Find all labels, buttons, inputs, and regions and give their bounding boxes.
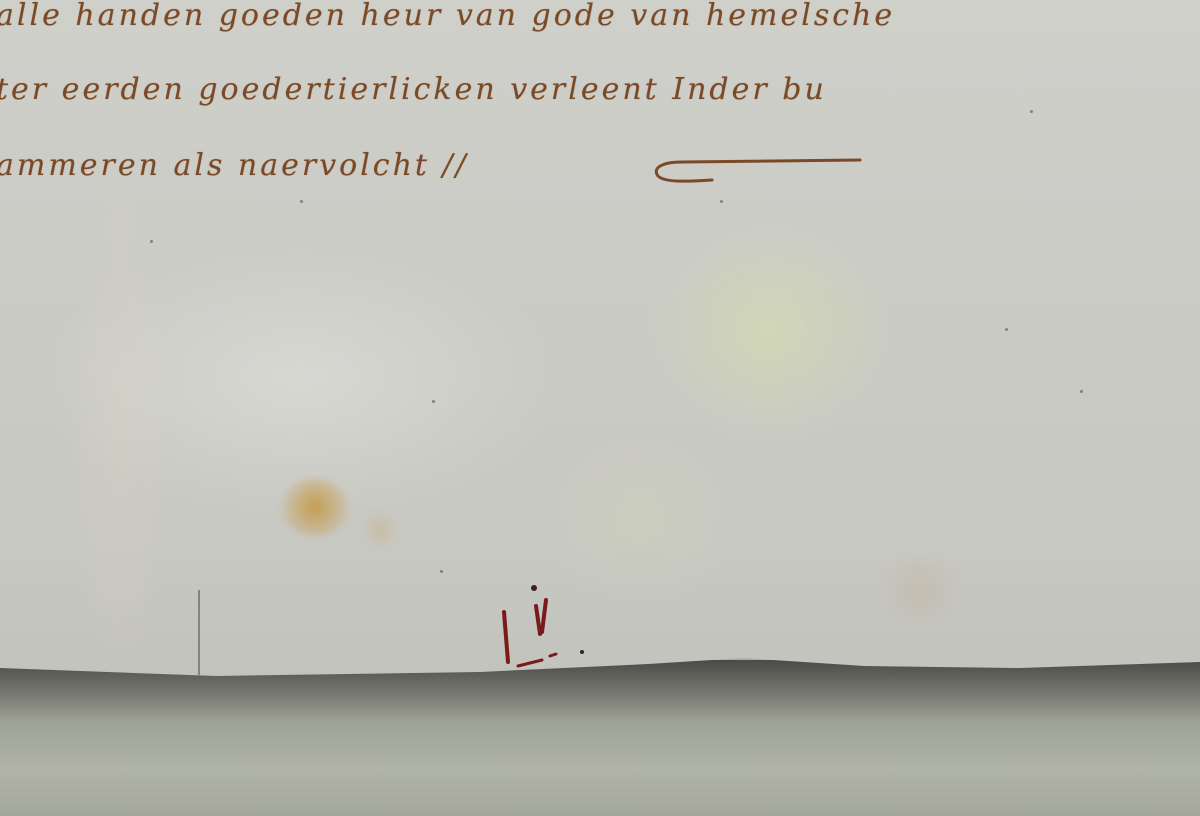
paper-fleck	[720, 200, 723, 203]
manuscript-line-1: alle handen goeden heur van gode van hem…	[0, 0, 895, 33]
line-end-flourish-icon	[652, 154, 862, 184]
paper-fleck	[1080, 390, 1083, 393]
ochre-stain	[280, 478, 350, 536]
paper-fleck	[300, 200, 303, 203]
parchment-sheet: alle handen goeden heur van gode van hem…	[0, 0, 1200, 680]
manuscript-line-2: ter eerden goedertierlicken verleent Ind…	[0, 72, 827, 107]
document-photo: alle handen goeden heur van gode van hem…	[0, 0, 1200, 816]
paper-fleck	[150, 240, 153, 243]
faint-stain	[360, 510, 400, 550]
paper-fleck	[1030, 110, 1033, 113]
paper-fleck	[432, 400, 435, 403]
paper-crease	[198, 590, 200, 675]
backing-board	[0, 660, 1200, 816]
lower-stain	[860, 560, 980, 620]
manuscript-line-3: ammeren als naervolcht //	[0, 148, 469, 183]
paper-fleck	[440, 570, 443, 573]
paper-fleck	[1005, 328, 1008, 331]
red-ink-mark-icon	[494, 584, 604, 674]
